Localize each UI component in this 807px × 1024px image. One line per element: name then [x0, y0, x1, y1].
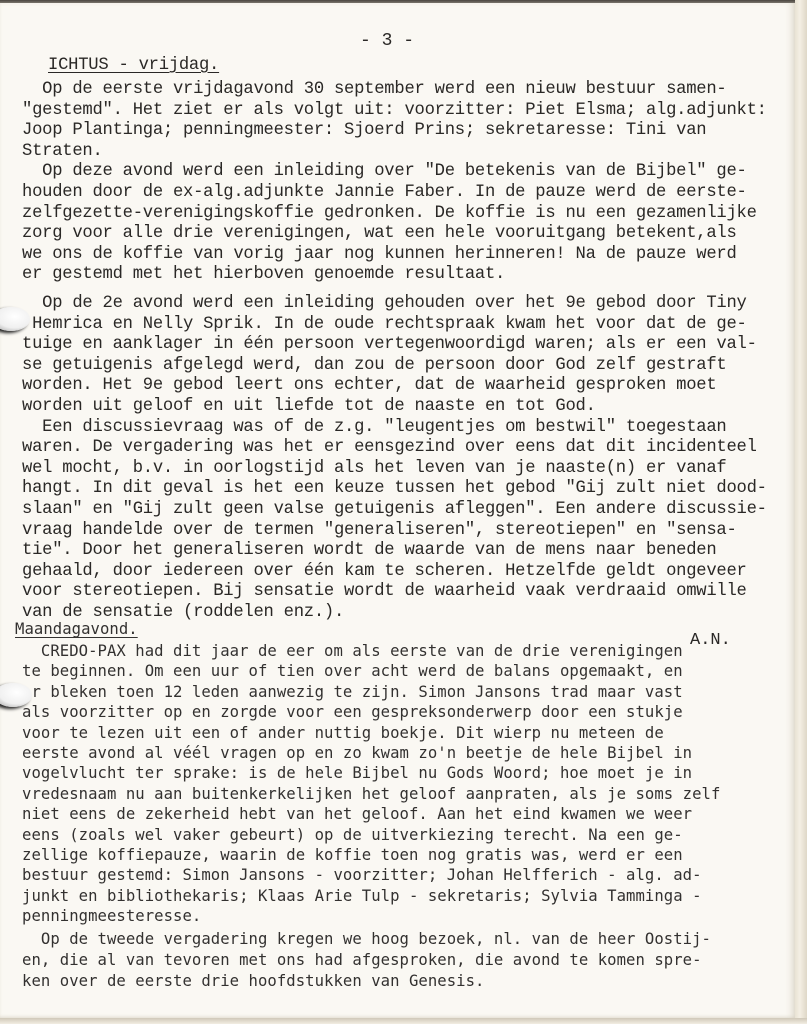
- text-line: worden. Het 9e gebod leert ons echter, d…: [22, 376, 716, 396]
- text-line: vredesnaam nu aan buitenkerkelijken het …: [22, 784, 720, 804]
- text-line: niet eens de zekerheid hebt van het gelo…: [22, 804, 692, 824]
- text-line: wel mocht, b.v. in oorlogstijd als het l…: [22, 459, 727, 479]
- text-line: Op deze avond werd een inleiding over "D…: [22, 162, 747, 182]
- page-number: - 3 -: [360, 31, 414, 51]
- text-line: hangt. In dit geval is het een keuze tus…: [22, 479, 767, 499]
- text-line: "gestemd". Het ziet er als volgt uit: vo…: [22, 101, 767, 121]
- text-line: vraag handelde over de termen "generalis…: [22, 521, 737, 541]
- text-line: voor te lezen uit een of ander nuttig bo…: [22, 723, 664, 743]
- text-line: r bleken toen 12 leden aanwezig te zijn.…: [22, 682, 683, 702]
- text-line: we ons de koffie van vorig jaar nog kunn…: [22, 245, 737, 265]
- text-line: Straten.: [22, 142, 103, 162]
- text-line: tie". Door het generaliseren wordt de wa…: [22, 541, 716, 561]
- text-line: waren. De vergadering was het er eensgez…: [22, 438, 757, 458]
- text-line: eerste avond al véél vragen op en zo kwa…: [22, 743, 692, 763]
- text-line: te beginnen. Om een uur of tien over ach…: [22, 661, 683, 681]
- section-heading-maandagavond: Maandagavond.: [15, 619, 138, 639]
- text-line: als voorzitter op en zorgde voor een ges…: [22, 702, 683, 722]
- text-line: er gestemd met het hierboven genoemde re…: [22, 265, 505, 285]
- text-line: worden uit geloof en uit liefde tot de n…: [22, 397, 596, 417]
- text-line: Op de tweede vergadering kregen we hoog …: [22, 929, 711, 949]
- scan-right-edge: [795, 0, 807, 1024]
- text-line: houden door de ex-alg.adjunkte Jannie Fa…: [22, 183, 747, 203]
- text-line: penningmeesteresse.: [22, 906, 201, 926]
- scan-bottom-edge: [0, 1018, 807, 1024]
- text-line: CREDO-PAX had dit jaar de eer om als eer…: [22, 641, 683, 661]
- text-line: tuige en aanklager in één persoon verteg…: [22, 335, 757, 355]
- text-line: gehaald, door iedereen over één kam te s…: [22, 562, 747, 582]
- text-line: Een discussievraag was of de z.g. "leuge…: [22, 418, 727, 438]
- text-line: bestuur gestemd: Simon Jansons - voorzit…: [22, 865, 702, 885]
- typewritten-page: - 3 - ICHTUS - vrijdag. Op de eerste vri…: [0, 3, 795, 1019]
- text-line: eens (zoals wel vaker gebeurt) op de uit…: [22, 825, 683, 845]
- text-line: ken over de eerste drie hoofdstukken van…: [22, 971, 484, 991]
- text-line: vogelvlucht ter sprake: is de hele Bijbe…: [22, 763, 692, 783]
- text-line: en, die al van tevoren met ons had afges…: [22, 950, 702, 970]
- text-line: Hemrica en Nelly Sprik. In de oude recht…: [22, 315, 747, 335]
- text-line: se getuigenis afgelegd werd, dan zou de …: [22, 356, 727, 376]
- text-line: slaan" en "Gij zult geen valse getuigeni…: [22, 500, 767, 520]
- author-initials: A.N.: [690, 631, 731, 650]
- text-line: Joop Plantinga; penningmeester: Sjoerd P…: [22, 121, 706, 141]
- text-line: zellige koffiepauze, waarin de koffie to…: [22, 845, 683, 865]
- text-line: zelfgezette-verenigingskoffie gedronken.…: [22, 204, 757, 224]
- text-line: zorg voor alle drie verenigingen, wat ee…: [22, 224, 737, 244]
- section-heading-ichtus: ICHTUS - vrijdag.: [48, 56, 219, 76]
- text-line: Op de 2e avond werd een inleiding gehoud…: [22, 294, 747, 314]
- text-line: Op de eerste vrijdagavond 30 september w…: [22, 80, 727, 100]
- text-line: junkt en bibliothekaris; Klaas Arie Tulp…: [22, 886, 702, 906]
- text-line: voor stereotiepen. Bij sensatie wordt de…: [22, 582, 747, 602]
